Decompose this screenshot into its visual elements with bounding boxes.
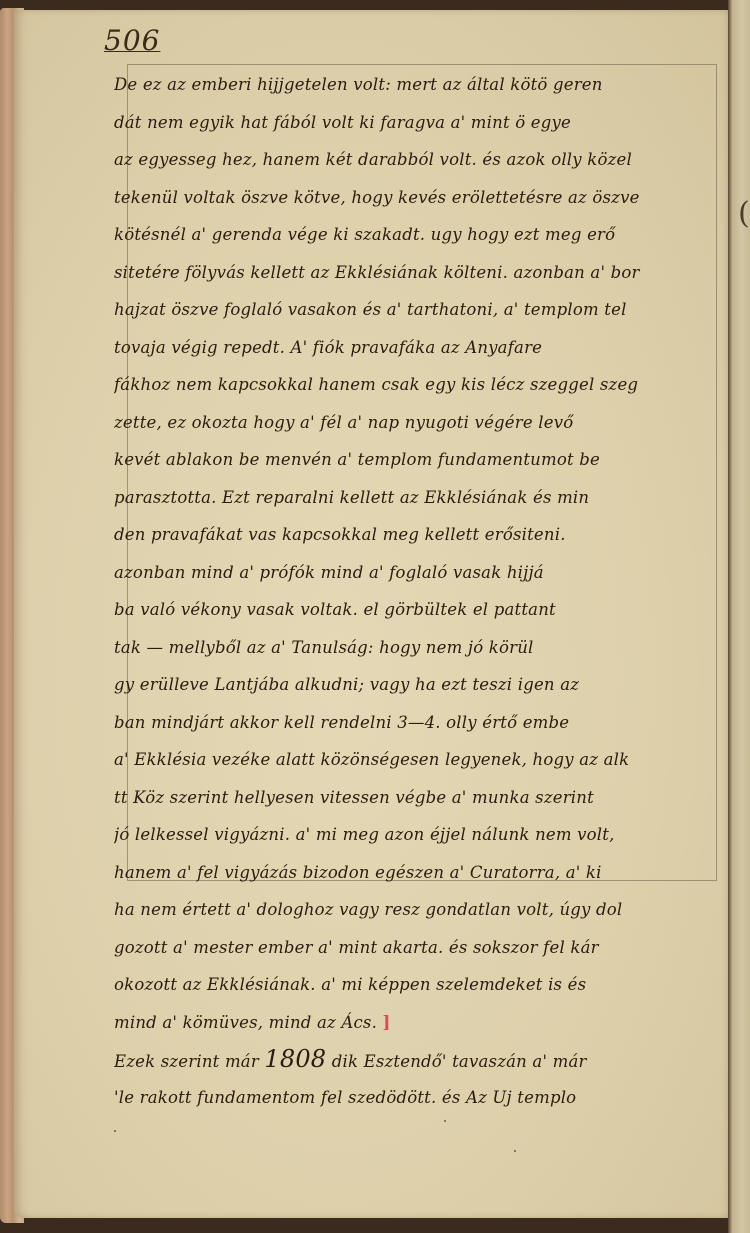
- text-line: 'le rakott fundamentom fel szedödött. és…: [114, 1079, 726, 1117]
- text-line: ban mindjárt akkor kell rendelni 3—4. ol…: [114, 704, 726, 742]
- text-line: gy erülleve Lantjába alkudni; vagy ha ez…: [114, 666, 726, 704]
- text-line: ba való vékony vasak voltak. el görbülte…: [114, 591, 726, 629]
- text-segment: Ezek szerint már: [114, 1052, 259, 1071]
- text-line: tovaja végig repedt. A' fiók pravafáka a…: [114, 329, 726, 367]
- text-line: sitetére fölyvás kellett az Ekklésiának …: [114, 254, 726, 292]
- red-bracket-annotation: ]: [382, 1013, 390, 1032]
- facing-page-edge: (: [728, 0, 750, 1233]
- text-line: fákhoz nem kapcsokkal hanem csak egy kis…: [114, 366, 726, 404]
- text-line: okozott az Ekklésiának. a' mi képpen sze…: [114, 966, 726, 1004]
- text-line: kevét ablakon be menvén a' templom funda…: [114, 441, 726, 479]
- page-number: 506: [104, 24, 160, 57]
- text-line: tekenül voltak öszve kötve, hogy kevés e…: [114, 179, 726, 217]
- text-line: ha nem értett a' dologhoz vagy resz gond…: [114, 891, 726, 929]
- text-line: zette, ez okozta hogy a' fél a' nap nyug…: [114, 404, 726, 442]
- text-line: parasztotta. Ezt reparalni kellett az Ek…: [114, 479, 726, 517]
- text-line: az egyesseg hez, hanem két darabból volt…: [114, 141, 726, 179]
- text-line: hanem a' fel vigyázás bizodon egészen a'…: [114, 854, 726, 892]
- text-line: hajzat öszve foglaló vasakon és a' tarth…: [114, 291, 726, 329]
- text-line: gozott a' mester ember a' mint akarta. é…: [114, 929, 726, 967]
- text-segment: dik Esztendő' tavaszán a' már: [332, 1052, 587, 1071]
- text-line: den pravafákat vas kapcsokkal meg kellet…: [114, 516, 726, 554]
- margin-mark: (: [738, 196, 750, 231]
- text-line: azonban mind a' prófók mind a' foglaló v…: [114, 554, 726, 592]
- text-line-with-annotation: mind a' kömüves, mind az Ács. ]: [114, 1004, 726, 1042]
- text-line: kötésnél a' gerenda vége ki szakadt. ugy…: [114, 216, 726, 254]
- text-line: a' Ekklésia vezéke alatt közönségesen le…: [114, 741, 726, 779]
- text-line: dát nem egyik hat fából volt ki faragva …: [114, 104, 726, 142]
- text-segment: mind a' kömüves, mind az Ács.: [114, 1013, 377, 1032]
- text-line: jó lelkessel vigyázni. a' mi meg azon éj…: [114, 816, 726, 854]
- book-scan: ( 506 De ez az emberi hijjgetelen volt: …: [0, 0, 750, 1233]
- handwritten-text: De ez az emberi hijjgetelen volt: mert a…: [114, 66, 726, 1116]
- text-line: De ez az emberi hijjgetelen volt: mert a…: [114, 66, 726, 104]
- text-line: tak — mellyből az a' Tanulság: hogy nem …: [114, 629, 726, 667]
- text-line-with-year: Ezek szerint már 1808 dik Esztendő' tava…: [114, 1041, 726, 1079]
- text-line: tt Köz szerint hellyesen vitessen végbe …: [114, 779, 726, 817]
- year-1808: 1808: [264, 1045, 326, 1073]
